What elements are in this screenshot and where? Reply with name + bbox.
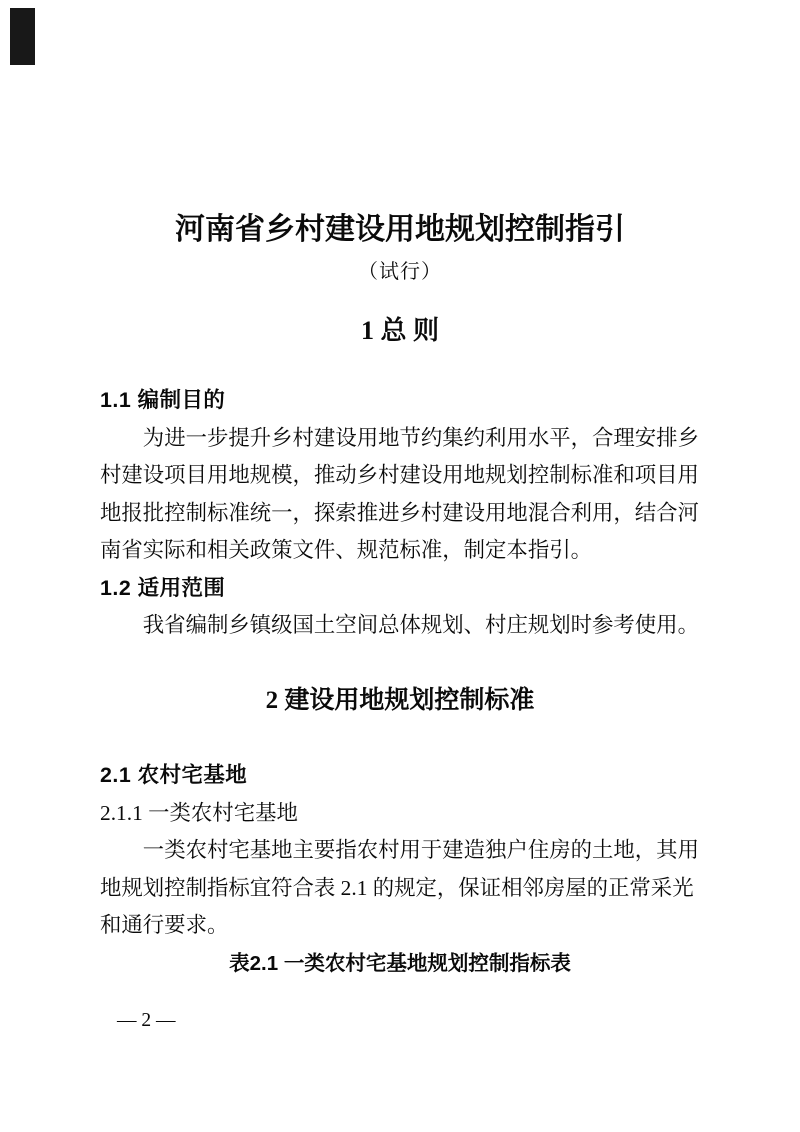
paragraph-3-line-1: 一类农村宅基地主要指农村用于建造独户住房的土地，其用 [100,832,700,870]
chapter-2-heading: 2 建设用地规划控制标准 [100,682,700,720]
paragraph-1-line-2: 村建设项目用地规模，推动乡村建设用地规划控制标准和项目用 [100,457,700,495]
paragraph-2-line-1: 我省编制乡镇级国土空间总体规划、村庄规划时参考使用。 [100,607,700,645]
table-2-1-caption: 表2.1 一类农村宅基地规划控制指标表 [100,945,700,983]
section-2-1-1-heading: 2.1.1 一类农村宅基地 [100,795,700,833]
scan-artifact-mark [10,8,35,65]
spacer-line [100,720,700,758]
paragraph-1-line-1: 为进一步提升乡村建设用地节约集约利用水平，合理安排乡 [100,420,700,458]
paragraph-1-line-3: 地报批控制标准统一，探索推进乡村建设用地混合利用，结合河 [100,495,700,533]
document-title: 河南省乡村建设用地规划控制指引 [0,210,800,250]
spacer-line [100,645,700,683]
document-subtitle: （试行） [0,256,800,288]
paragraph-1-line-4: 南省实际和相关政策文件、规范标准，制定本指引。 [100,532,700,570]
section-1-2-heading: 1.2 适用范围 [100,570,700,608]
paragraph-3-line-3: 和通行要求。 [100,907,700,945]
paragraph-3-line-2: 地规划控制指标宜符合表 2.1 的规定，保证相邻房屋的正常采光 [100,870,700,908]
page-number: — 2 — [117,1006,176,1036]
chapter-1-heading: 1 总 则 [0,313,800,349]
document-body: 1.1 编制目的 为进一步提升乡村建设用地节约集约利用水平，合理安排乡 村建设项… [100,382,700,982]
document-page: 河南省乡村建设用地规划控制指引 （试行） 1 总 则 1.1 编制目的 为进一步… [0,0,800,1132]
section-2-1-heading: 2.1 农村宅基地 [100,757,700,795]
section-1-1-heading: 1.1 编制目的 [100,382,700,420]
